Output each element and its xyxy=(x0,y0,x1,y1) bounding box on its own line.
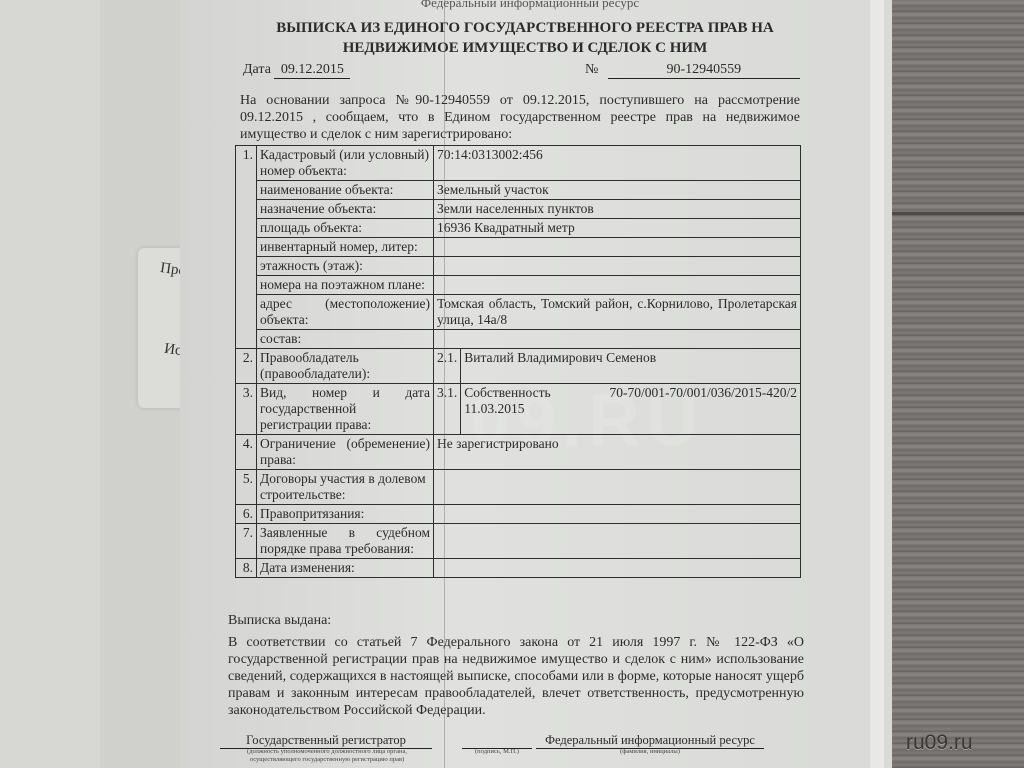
registration-label: Вид, номер и дата государственной регист… xyxy=(257,384,434,435)
row-purpose: назначение объекта: Земли населенных пун… xyxy=(236,200,801,219)
issued-label: Выписка выдана: xyxy=(228,612,331,629)
rightholder-value: Виталий Владимирович Семенов xyxy=(461,349,801,384)
number-label: № xyxy=(585,62,598,77)
row-inventory: инвентарный номер, литер: xyxy=(236,238,801,257)
change-date-label: Дата изменения: xyxy=(257,559,434,578)
court-claims-value xyxy=(434,524,801,559)
page-edge xyxy=(870,0,884,768)
address-label: адрес (местоположение) объекта: xyxy=(257,295,434,330)
number-field: № 90-12940559 xyxy=(585,61,800,79)
row-number-8: 8. xyxy=(236,559,257,578)
floors-value xyxy=(434,257,801,276)
cadastral-value: 70:14:0313002:456 xyxy=(434,146,801,181)
site-watermark: ru09.ru xyxy=(906,731,973,755)
purpose-value: Земли населенных пунктов xyxy=(434,200,801,219)
row-claims: 6. Правопритязания: xyxy=(236,505,801,524)
shared-construction-label: Договоры участия в долевом строительстве… xyxy=(257,470,434,505)
document-title: ВЫПИСКА ИЗ ЕДИНОГО ГОСУДАРСТВЕННОГО РЕЕС… xyxy=(240,18,810,58)
row-number-7: 7. xyxy=(236,524,257,559)
intro-paragraph: На основании запроса №90-12940559 от 09.… xyxy=(240,92,800,143)
right-type: Собственность xyxy=(464,385,550,401)
title-line-1: ВЫПИСКА ИЗ ЕДИНОГО ГОСУДАРСТВЕННОГО РЕЕС… xyxy=(240,18,810,38)
signature-name-caption: (фамилия, инициалы) xyxy=(536,748,764,756)
inventory-value xyxy=(434,238,801,257)
change-date-value xyxy=(434,559,801,578)
composition-label: состав: xyxy=(257,330,434,349)
row-number-1: 1. xyxy=(236,146,257,349)
row-court-claims: 7. Заявленные в судебном порядке права т… xyxy=(236,524,801,559)
floors-label: этажность (этаж): xyxy=(257,257,434,276)
rightholder-label: Правообладатель (правообладатели): xyxy=(257,349,434,384)
registration-date: 11.03.2015 xyxy=(464,401,797,417)
composition-value xyxy=(434,330,801,349)
claims-label: Правопритязания: xyxy=(257,505,434,524)
date-field: Дата 09.12.2015 xyxy=(243,61,350,79)
date-label: Дата xyxy=(243,62,271,77)
signature-caption: (подпись, М.П.) xyxy=(462,748,532,756)
signature-line xyxy=(462,733,532,749)
title-line-2: НЕДВИЖИМОЕ ИМУЩЕСТВО И СДЕЛОК С НИМ xyxy=(240,38,810,58)
court-claims-label: Заявленные в судебном порядке права треб… xyxy=(257,524,434,559)
header-top: Федеральный информационный ресурс xyxy=(300,0,760,11)
row-shared-construction: 5. Договоры участия в долевом строительс… xyxy=(236,470,801,505)
wood-seam xyxy=(880,212,1024,215)
row-number-2: 2. xyxy=(236,349,257,384)
row-area: площадь объекта: 16936 Квадратный метр xyxy=(236,219,801,238)
row-floors: этажность (этаж): xyxy=(236,257,801,276)
row-rightholder: 2. Правообладатель (правообладатели): 2.… xyxy=(236,349,801,384)
row-floorplan: номера на поэтажном плане: xyxy=(236,276,801,295)
row-number-6: 6. xyxy=(236,505,257,524)
row-number-3: 3. xyxy=(236,384,257,435)
purpose-label: назначение объекта: xyxy=(257,200,434,219)
rightholder-subnum: 2.1. xyxy=(434,349,461,384)
row-number-5: 5. xyxy=(236,470,257,505)
encumbrance-value: Не зарегистрировано xyxy=(434,435,801,470)
page-fold-line xyxy=(444,0,445,768)
row-number-4: 4. xyxy=(236,435,257,470)
row-registration: 3. Вид, номер и дата государственной рег… xyxy=(236,384,801,435)
address-value: Томская область, Томский район, с.Корнил… xyxy=(434,295,801,330)
registration-value: Собственность 70-70/001-70/001/036/2015-… xyxy=(461,384,801,435)
inventory-label: инвентарный номер, литер: xyxy=(257,238,434,257)
cadastral-label: Кадастровый (или условный) номер объекта… xyxy=(257,146,434,181)
row-object-name: наименование объекта: Земельный участок xyxy=(236,181,801,200)
object-name-value: Земельный участок xyxy=(434,181,801,200)
encumbrance-label: Ограничение (обременение) права: xyxy=(257,435,434,470)
area-label: площадь объекта: xyxy=(257,219,434,238)
registration-subnum: 3.1. xyxy=(434,384,461,435)
row-change-date: 8. Дата изменения: xyxy=(236,559,801,578)
law-paragraph: В соответствии со статьей 7 Федерального… xyxy=(228,634,804,719)
floorplan-value xyxy=(434,276,801,295)
row-encumbrance: 4. Ограничение (обременение) права: Не з… xyxy=(236,435,801,470)
area-value: 16936 Квадратный метр xyxy=(434,219,801,238)
registry-table: 1. Кадастровый (или условный) номер объе… xyxy=(235,145,801,578)
object-name-label: наименование объекта: xyxy=(257,181,434,200)
row-composition: состав: xyxy=(236,330,801,349)
wooden-table-background xyxy=(880,0,1024,768)
claims-value xyxy=(434,505,801,524)
signature-position: Государственный регистратор xyxy=(220,733,432,749)
date-value: 09.12.2015 xyxy=(274,61,350,79)
shared-construction-value xyxy=(434,470,801,505)
row-address: адрес (местоположение) объекта: Томская … xyxy=(236,295,801,330)
floorplan-label: номера на поэтажном плане: xyxy=(257,276,434,295)
registration-number: 70-70/001-70/001/036/2015-420/2 xyxy=(610,385,798,401)
row-cadastral: 1. Кадастровый (или условный) номер объе… xyxy=(236,146,801,181)
signature-name: Федеральный информационный ресурс xyxy=(536,733,764,749)
signature-position-caption: (должность уполномоченного должностного … xyxy=(222,748,432,764)
number-value: 90-12940559 xyxy=(608,61,800,79)
